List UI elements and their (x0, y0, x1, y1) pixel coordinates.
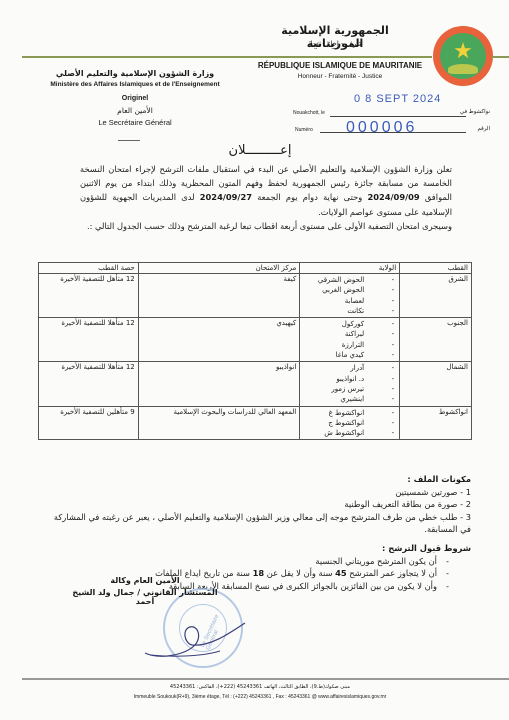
wilaya-cell: -آدرار -د. انواذيبو -تيرس زمور -اينشيري (300, 362, 400, 406)
table-row: الشرق -الحوض الشرقي -الحوض الغربي -لعصاب… (39, 274, 472, 318)
document-page: ★ الجمهورية الإسلامية الموريتانية شرف - … (0, 0, 509, 720)
date-stamp: 0 8 SEPT 2024 (354, 93, 441, 105)
center-cell: المعهد العالي للدراسات والبحوث الإسلامية (138, 406, 300, 440)
announcement-paragraph-2: وسيجرى امتحان التصفية الأولى على مستوى أ… (80, 219, 452, 233)
date-field: Nouakchott, le نواكشوط في (290, 105, 490, 117)
date-label-ar: نواكشوط في (460, 109, 490, 115)
start-date: 2024/09/09 (367, 192, 419, 202)
pole-cell: الشرق (400, 274, 472, 318)
footer-address-fr: Immeuble Soukouk(R+9), 3ième étage, Tél … (40, 694, 480, 700)
star-icon: ★ (453, 41, 473, 63)
center-cell: انواذيبو (138, 362, 300, 406)
table-row: انواكشوط -انواكشوط غ -انواكشوط ج -انواكش… (39, 406, 472, 440)
center-cell: كيهيدي (138, 318, 300, 362)
date-label-fr: Nouakchott, le (293, 110, 325, 116)
number-label-ar: الرقم (477, 126, 490, 132)
secretary-general-ar: الأمين العام (30, 106, 240, 115)
original-label: Originel (30, 95, 240, 102)
signatory-name: المستشار القانوني / جمال ولد الشيخ أحمد (70, 588, 220, 606)
end-date: 2024/09/27 (200, 192, 252, 202)
republic-name-fr: RÉPUBLIQUE ISLAMIQUE DE MAURITANIE (245, 61, 435, 70)
mauritania-coat-of-arms-icon: ★ (433, 26, 493, 86)
table-row: الجنوب -كوركول -لبراكنة -الترارزة -كيدي … (39, 318, 472, 362)
max-age: 45 (335, 568, 347, 578)
file-component-item: 2 - صورة من بطاقة التعريف الوطنية (51, 498, 471, 511)
number-label-fr: Numéro (295, 127, 313, 133)
announcement-title: إعـــــــــلان (210, 143, 310, 158)
quota-cell: 9 متأهلين للتصفية الأخيرة (39, 406, 139, 440)
file-components-section: مكونات الملف : 1 - صورتين شمسيتين 2 - صو… (51, 473, 471, 536)
pole-cell: الشمال (400, 362, 472, 406)
wilaya-cell: -كوركول -لبراكنة -الترارزة -كيدي ماغا (300, 318, 400, 362)
table-header-row: القطب الولاية مركز الامتحان حصة القطب (39, 263, 472, 274)
min-age: 18 (253, 568, 265, 578)
quota-cell: 12 متأهلا للتصفية الأخيرة (39, 318, 139, 362)
poles-table: القطب الولاية مركز الامتحان حصة القطب ال… (38, 262, 472, 440)
wilaya-cell: -انواكشوط غ -انواكشوط ج -انواكشوط ش (300, 406, 400, 440)
number-field: Numéro الرقم (290, 124, 490, 136)
pole-cell: انواكشوط (400, 406, 472, 440)
file-component-item: 1 - صورتين شمسيتين (51, 486, 471, 499)
pole-cell: الجنوب (400, 318, 472, 362)
conditions-title: شروط قبول الترشح : (51, 542, 471, 555)
quota-cell: 12 متأهلا للتصفية الأخيرة (39, 362, 139, 406)
divider (118, 140, 140, 141)
secretary-general-fr: Le Secrétaire Général (30, 118, 240, 127)
ministry-name-ar: وزارة الشؤون الإسلامية والتعليم الأصلي (30, 69, 240, 78)
column-header-quota: حصة القطب (39, 263, 139, 274)
announcement-paragraph-1: تعلن وزارة الشؤون الإسلامية والتعليم الأ… (80, 162, 452, 219)
footer-divider (22, 678, 509, 680)
center-cell: كيفة (138, 274, 300, 318)
table-row: الشمال -آدرار -د. انواذيبو -تيرس زمور -ا… (39, 362, 472, 406)
header-divider (22, 56, 432, 58)
column-header-pole: القطب (400, 263, 472, 274)
ministry-name-fr: Ministère des Affaires Islamiques et de … (30, 81, 240, 88)
column-header-wilaya: الولاية (300, 263, 400, 274)
announcement-body: تعلن وزارة الشؤون الإسلامية والتعليم الأ… (80, 162, 452, 233)
quota-cell: 12 متأهل للتصفية الأخيرة (39, 274, 139, 318)
motto-fr: Honneur - Fraternité - Justice (245, 73, 435, 80)
wilaya-cell: -الحوض الشرقي -الحوض الغربي -لعصابة -تكا… (300, 274, 400, 318)
handwritten-signature (140, 615, 250, 660)
header-divider (492, 56, 509, 58)
column-header-center: مركز الامتحان (138, 263, 300, 274)
motto-ar: شرف - إخاء - عدل (255, 40, 415, 48)
signatory-title: الأمين العام وكالة (90, 576, 200, 585)
footer-address-ar: مبنى صكوك(ط.9)، الطابق الثالث، الهاتف 45… (40, 684, 480, 690)
condition-item: أن يكون المترشح موريتاني الجنسية (51, 555, 449, 568)
file-component-item: 3 - طلب خطي من طرف المترشح موجه إلى معال… (51, 511, 471, 536)
file-components-title: مكونات الملف : (51, 473, 471, 486)
